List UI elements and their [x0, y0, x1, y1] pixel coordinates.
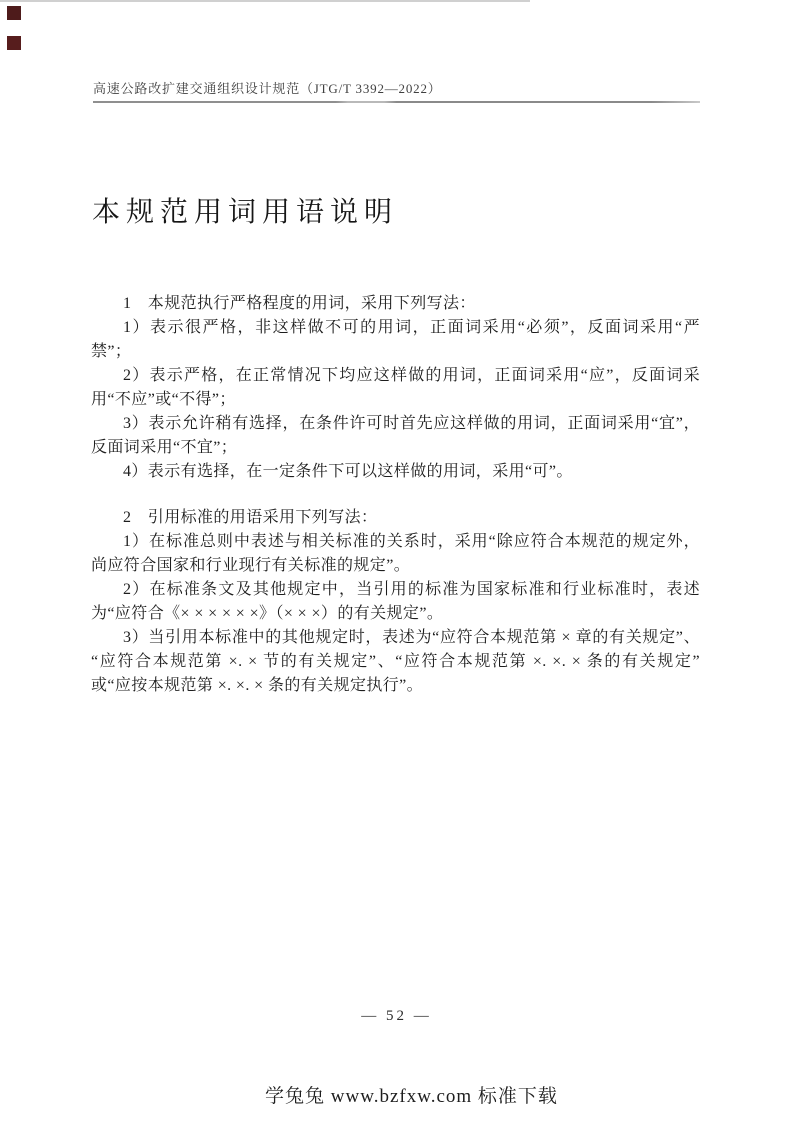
page-title: 本规范用词用语说明 [92, 190, 398, 230]
page-number: — 52 — [0, 1008, 793, 1025]
document-page: 高速公路改扩建交通组织设计规范（JTG/T 3392—2022） 本规范用词用语… [0, 0, 793, 1122]
text-line: 1 本规范执行严格程度的用词，采用下列写法： [91, 292, 700, 316]
header-rule [93, 101, 700, 103]
body-text: 1 本规范执行严格程度的用词，采用下列写法： 1）表示很严格，非这样做不可的用词… [91, 292, 700, 698]
text-line: 2）表示严格，在正常情况下均应这样做的用词，正面词采用“应”，反面词采 [91, 364, 700, 388]
section-term-strictness: 1 本规范执行严格程度的用词，采用下列写法： 1）表示很严格，非这样做不可的用词… [91, 292, 700, 484]
running-header: 高速公路改扩建交通组织设计规范（JTG/T 3392—2022） [93, 78, 442, 97]
watermark: 学兔兔 www.bzfxw.com 标准下载 [15, 1081, 793, 1108]
text-line: 1）在标准总则中表述与相关标准的关系时，采用“除应符合本规范的规定外， [91, 530, 700, 554]
scan-corner-mark [7, 36, 21, 50]
text-line: 3）表示允许稍有选择，在条件许可时首先应这样做的用词，正面词采用“宜”， [91, 412, 700, 436]
text-line: 3）当引用本标准中的其他规定时，表述为“应符合本规范第 × 章的有关规定”、 [91, 626, 700, 650]
section-citation-wording: 2 引用标准的用语采用下列写法： 1）在标准总则中表述与相关标准的关系时，采用“… [91, 506, 700, 698]
text-line: 尚应符合国家和行业现行有关标准的规定”。 [91, 554, 700, 578]
text-line: 2 引用标准的用语采用下列写法： [91, 506, 700, 530]
text-line: 2）在标准条文及其他规定中，当引用的标准为国家标准和行业标准时，表述 [91, 578, 700, 602]
text-line: 为“应符合《× × × × × ×》（× × ×）的有关规定”。 [91, 602, 700, 626]
scan-corner-mark [7, 6, 21, 20]
text-line: 反面词采用“不宜”； [91, 436, 700, 460]
scan-edge-line [0, 0, 530, 2]
text-line: 4）表示有选择，在一定条件下可以这样做的用词，采用“可”。 [91, 460, 700, 484]
text-line: 禁”； [91, 340, 700, 364]
text-line: 或“应按本规范第 ×. ×. × 条的有关规定执行”。 [91, 674, 700, 698]
text-line: 用“不应”或“不得”； [91, 388, 700, 412]
text-line: “应符合本规范第 ×. × 节的有关规定”、“应符合本规范第 ×. ×. × 条… [91, 650, 700, 674]
text-line: 1）表示很严格，非这样做不可的用词，正面词采用“必须”，反面词采用“严 [91, 316, 700, 340]
